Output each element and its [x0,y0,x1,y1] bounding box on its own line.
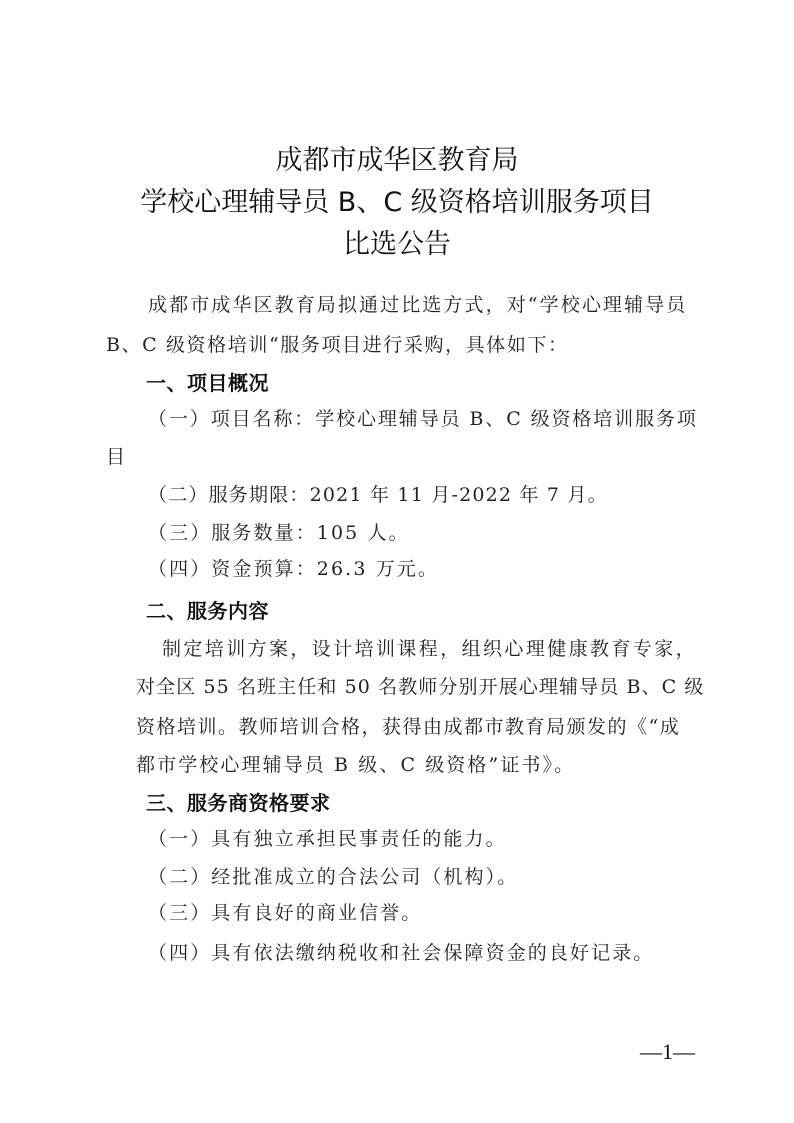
section-3-item: （二）经批准成立的合法公司（机构）。 [148,864,518,890]
section-2-item: 资格培训。教师培训合格，获得由成都市教育局颁发的《“成 [136,714,680,740]
section-3-item: （三）具有良好的商业信誉。 [148,900,422,926]
title-line-1: 成都市成华区教育局 [0,144,794,178]
section-1-item: （二）服务期限：2021 年 11 月-2022 年 7 月。 [148,482,608,508]
section-1-item: （一）项目名称：学校心理辅导员 B、C 级资格培训服务项 [148,406,698,432]
title-line-3: 比选公告 [0,228,794,262]
section-2-item: 都市学校心理辅导员 B 级、C 级资格”证书》。 [136,752,575,778]
section-1-item: （四）资金预算：26.3 万元。 [148,556,439,582]
title-line-2: 学校心理辅导员 B、C 级资格培训服务项目 [0,186,794,220]
section-3-heading: 三、服务商资格要求 [146,790,331,816]
intro-line-2: B、C 级资格培训“服务项目进行采购，具体如下： [106,332,569,358]
section-1-item: （三）服务数量：105 人。 [148,520,410,546]
intro-line-1: 成都市成华区教育局拟通过比选方式，对“学校心理辅导员 [148,292,687,318]
section-2-heading: 二、服务内容 [146,598,269,624]
section-3-item: （四）具有依法缴纳税收和社会保障资金的良好记录。 [148,940,654,966]
document-page: 成都市成华区教育局 学校心理辅导员 B、C 级资格培训服务项目 比选公告 成都市… [0,0,794,1123]
page-number: —1— [640,1040,695,1064]
section-2-item: 制定培训方案，设计培训课程，组织心理健康教育专家， [162,636,697,662]
section-2-item: 对全区 55 名班主任和 50 名教师分别开展心理辅导员 B、C 级 [136,674,705,700]
section-1-heading: 一、项目概况 [146,370,269,396]
section-3-item: （一）具有独立承担民事责任的能力。 [148,826,507,852]
section-1-item: 目 [106,444,127,470]
